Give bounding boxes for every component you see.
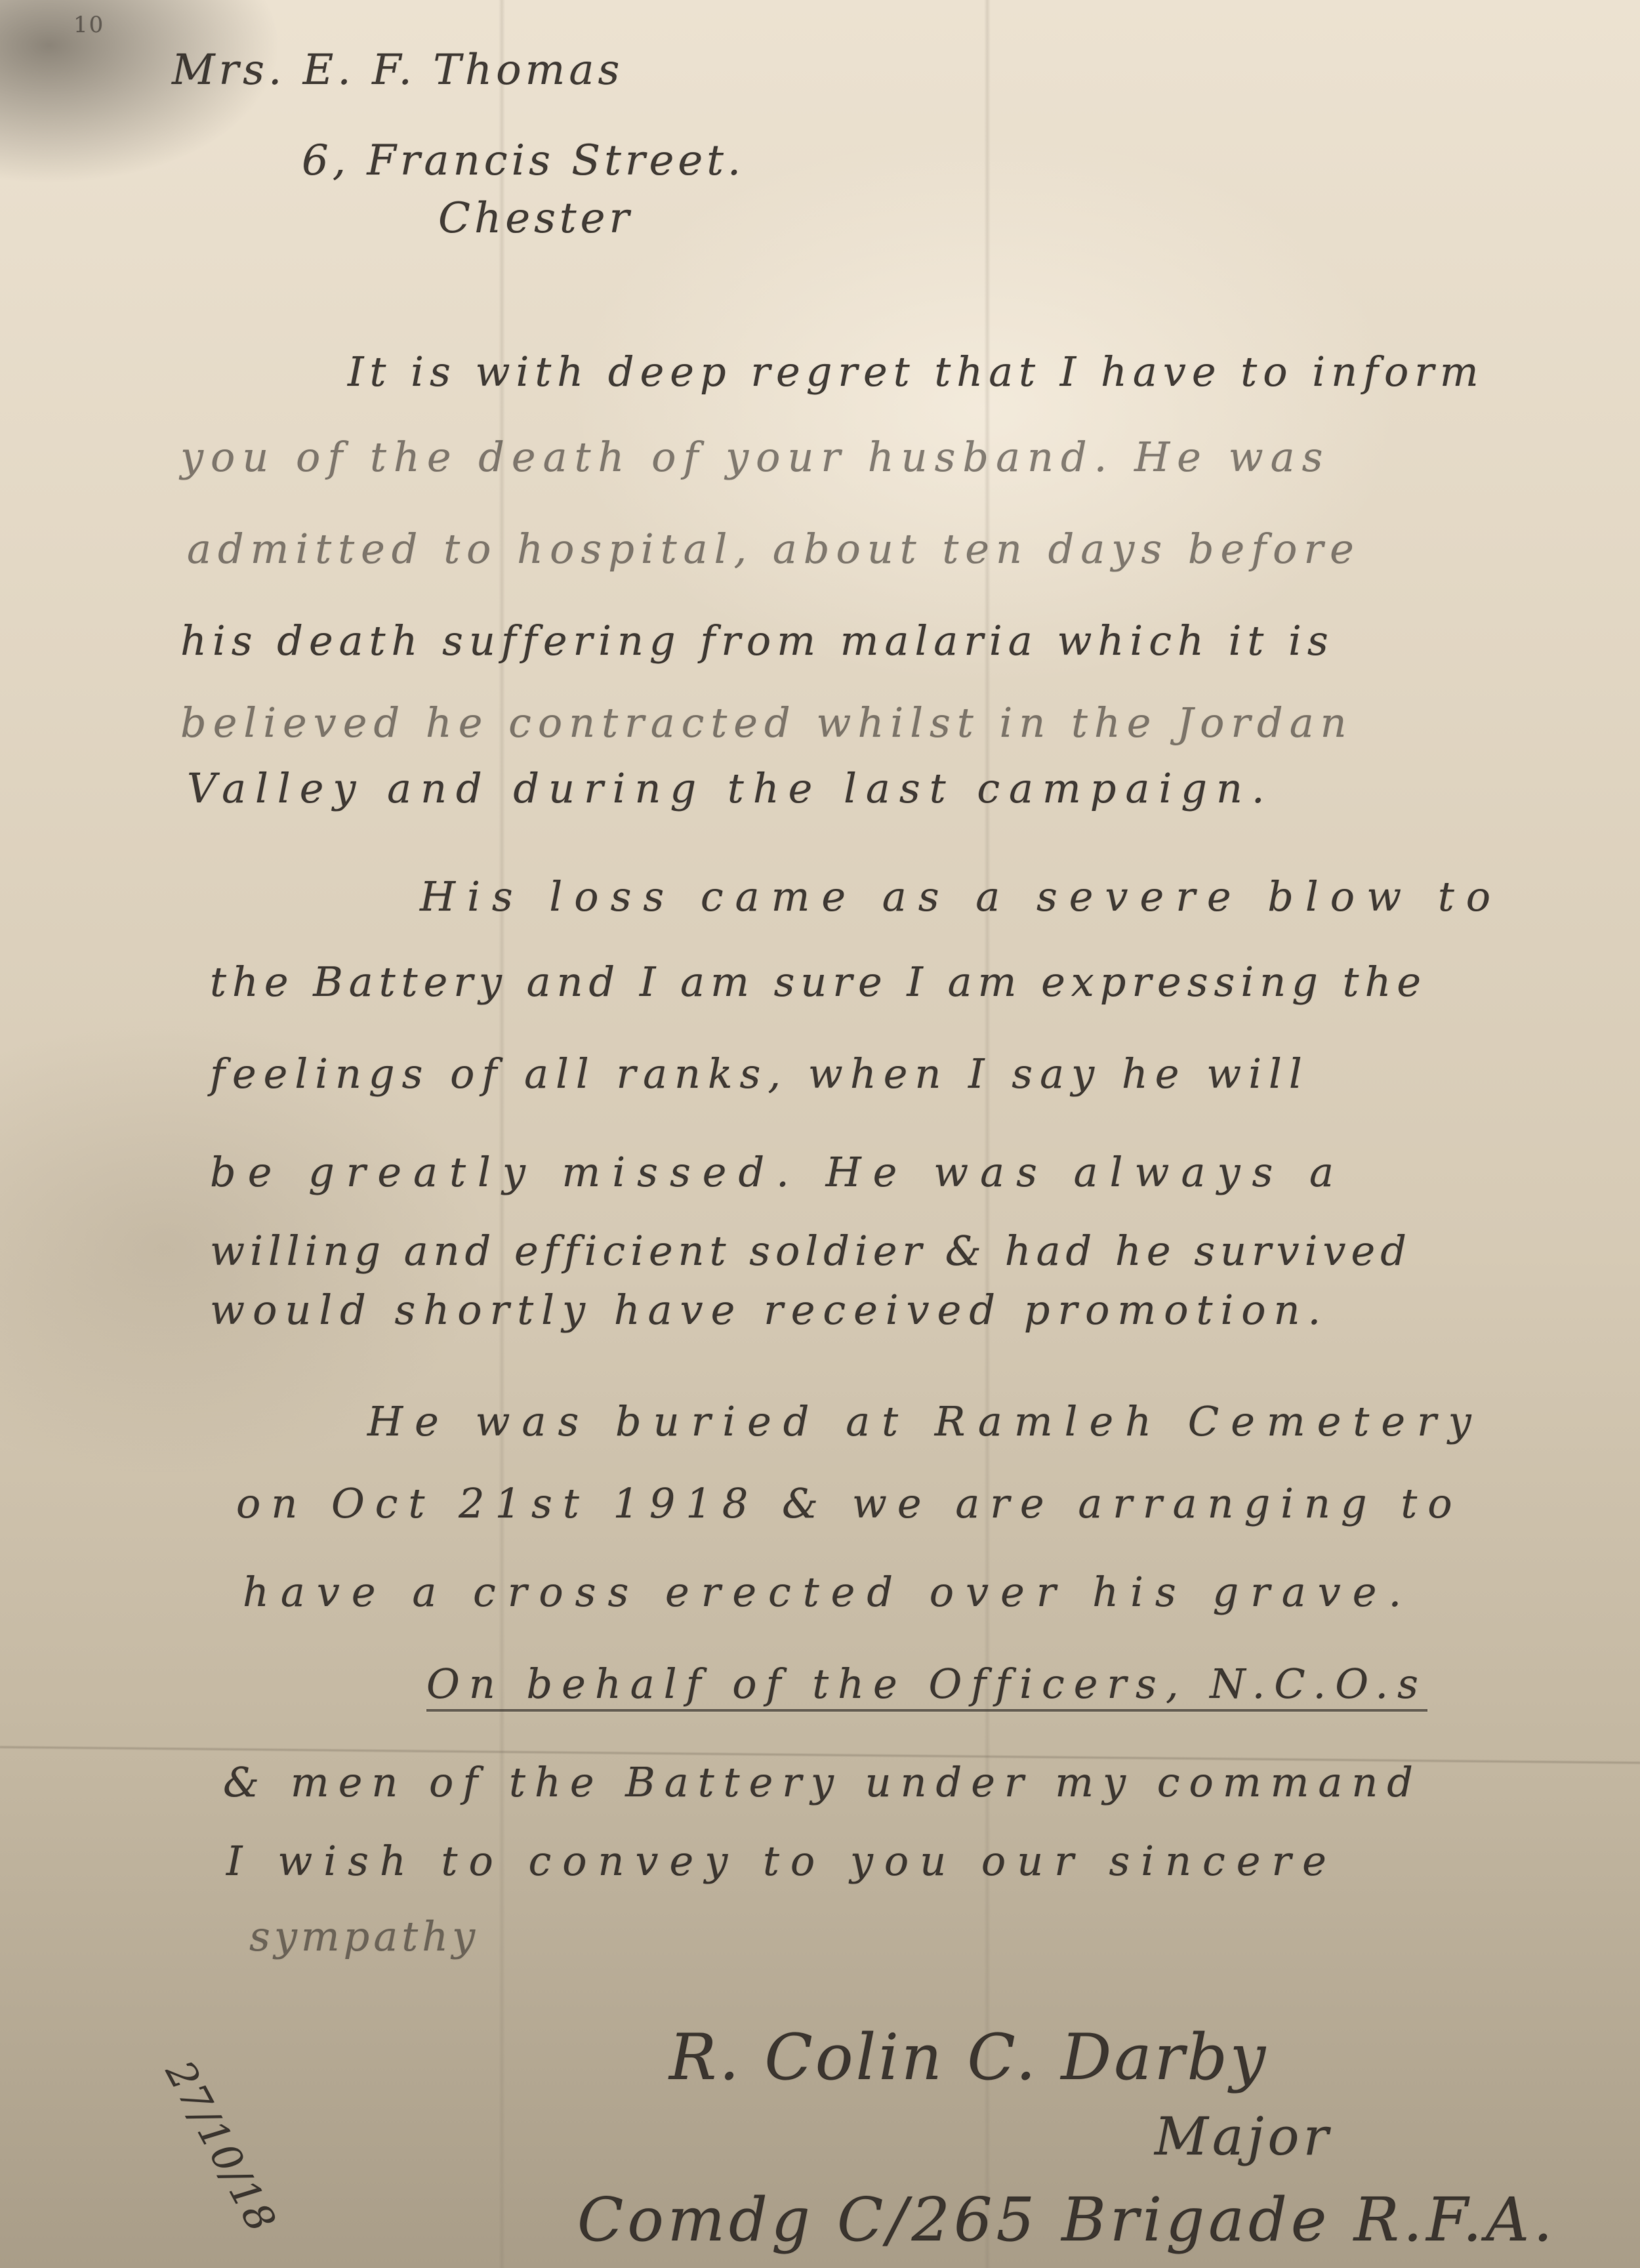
page-number: 10 xyxy=(73,12,104,38)
body-line: have a cross erected over his grave. xyxy=(243,1568,1413,1616)
paper-vertical-crease xyxy=(499,0,505,2268)
body-line: feelings of all ranks, when I say he wil… xyxy=(210,1050,1309,1098)
body-line: would shortly have received promotion. xyxy=(210,1286,1328,1334)
recipient-name: Mrs. E. F. Thomas xyxy=(172,46,623,94)
recipient-city: Chester xyxy=(438,194,633,243)
signature-name: R. Colin C. Darby xyxy=(669,2021,1268,2094)
body-line: on Oct 21st 1918 & we are arranging to xyxy=(236,1479,1463,1527)
body-line: & men of the Battery under my command xyxy=(223,1758,1422,1806)
letter-paper xyxy=(0,0,1640,2268)
body-line: believed he contracted whilst in the Jor… xyxy=(180,699,1353,747)
body-line: admitted to hospital, about ten days bef… xyxy=(187,525,1361,573)
body-line: the Battery and I am sure I am expressin… xyxy=(210,958,1427,1006)
body-line: his death suffering from malaria which i… xyxy=(180,617,1334,665)
body-line: It is with deep regret that I have to in… xyxy=(348,348,1485,396)
paper-vertical-crease xyxy=(984,0,991,2268)
body-line: willing and efficient soldier & had he s… xyxy=(210,1227,1412,1275)
body-line: He was buried at Ramleh Cemetery xyxy=(367,1397,1483,1445)
body-line: be greatly missed. He was always a xyxy=(210,1148,1345,1196)
body-line: His loss came as a severe blow to xyxy=(420,873,1502,920)
body-line: sympathy xyxy=(249,1912,479,1960)
signature-unit: Comdg C/265 Brigade R.F.A. xyxy=(577,2185,1557,2255)
recipient-street: 6, Francis Street. xyxy=(302,136,745,185)
body-line-text: On behalf of the Officers, N.C.O.s xyxy=(426,1660,1427,1712)
body-line: you of the death of your husband. He was xyxy=(180,433,1330,481)
body-line: On behalf of the Officers, N.C.O.s xyxy=(426,1660,1427,1708)
signature-rank: Major xyxy=(1155,2106,1332,2167)
body-line: Valley and during the last campaign. xyxy=(187,764,1274,812)
body-line: I wish to convey to you our sincere xyxy=(226,1837,1338,1885)
